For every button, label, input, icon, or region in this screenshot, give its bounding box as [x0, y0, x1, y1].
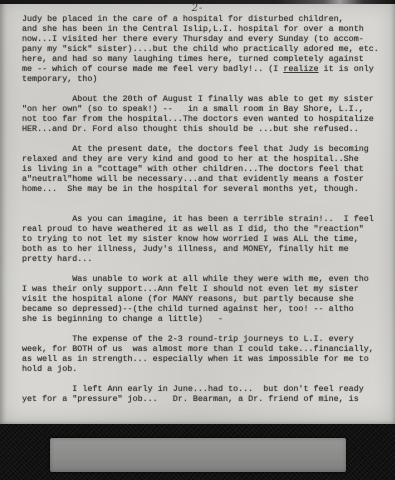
- letter-paragraph-7: I left Ann early in June...had to... but…: [22, 384, 388, 404]
- letter-paragraph-2: About the 20th of August I finally was a…: [22, 94, 388, 134]
- letter-paragraph-4: As you can imagine, it has been a terrib…: [22, 214, 388, 264]
- letter-paragraph-6: The expense of the 2-3 round-trip journe…: [22, 334, 388, 374]
- page-number: 2-: [0, 3, 395, 14]
- scanned-document-screenshot: 2- Judy be placed in the care of a hospi…: [0, 0, 395, 480]
- letter-paragraph-5: Was unable to work at all while they wer…: [22, 274, 388, 324]
- color-calibration-strip: [50, 438, 346, 472]
- scanned-page: 2- Judy be placed in the care of a hospi…: [0, 0, 395, 424]
- letter-body: Judy be placed in the care of a hospital…: [22, 14, 388, 414]
- letter-paragraph-1: Judy be placed in the care of a hospital…: [22, 14, 388, 84]
- underlined-word: realize: [283, 64, 318, 74]
- letter-paragraph-3: At the present date, the doctors feel th…: [22, 144, 388, 194]
